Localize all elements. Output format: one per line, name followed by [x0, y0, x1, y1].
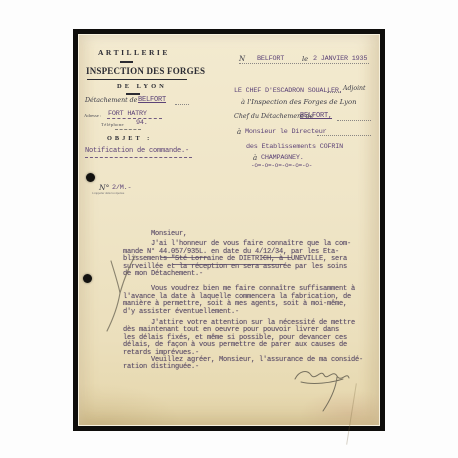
recipient-separator: -o=-o=-o=-o=-o=-o- [251, 162, 312, 169]
letterhead-title: INSPECTION DES FORGES [86, 66, 205, 76]
letterhead-subtitle: DE LYON [117, 83, 167, 90]
paragraph-2: Vous voudrez bien me faire connaître suf… [123, 286, 369, 316]
letterhead-rule-small-2 [126, 93, 140, 95]
address-underline [107, 118, 162, 119]
pencil-check-mark [105, 253, 139, 333]
dateline-le-label: le [302, 55, 308, 63]
leader-dots [317, 135, 371, 136]
recipient-line3: CHAMPAGNEY. [261, 154, 304, 162]
phone-value: 94. [136, 119, 148, 127]
document-photo-frame: ARTILLERIE INSPECTION DES FORGES DE LYON… [73, 29, 385, 431]
recipient-at-label: à [253, 154, 257, 162]
letterhead-title-underline [87, 79, 187, 80]
reference-value: 2/M.- [112, 184, 131, 192]
recipient-to-label: à [237, 128, 241, 136]
salutation: Monsieur, [151, 230, 187, 238]
leader-dots [175, 104, 189, 105]
leader-dots [337, 120, 371, 121]
reference-note: à rappeler dans la réponse [92, 192, 124, 195]
detachment-label: Détachement de [85, 97, 137, 104]
leader-dots [327, 92, 341, 93]
dateline-date: 2 JANVIER 1935 [313, 55, 367, 63]
letter-paper: ARTILLERIE INSPECTION DES FORGES DE LYON… [78, 34, 380, 426]
recipient-line1: Monsieur le Directeur [245, 128, 326, 136]
address-value: FORT HATRY [108, 110, 147, 118]
hole-punch-top [86, 173, 95, 182]
sender-line1: LE CHEF D'ESCADRON SOUALLER, [234, 87, 343, 95]
underline-mark [173, 264, 285, 265]
letterhead-rule-small-1 [120, 61, 133, 63]
hole-punch-bottom [83, 274, 92, 283]
recipient-line2: des Etablissements COFRIN [246, 143, 343, 151]
reference-prefix: N° [99, 183, 109, 192]
dateline-underline [239, 63, 369, 64]
objet-label: OBJET : [107, 135, 152, 142]
sender-line3-value: BELFORT, [300, 112, 332, 120]
sender-line1-suffix: Adjoint [343, 85, 366, 92]
underline-mark [262, 257, 292, 258]
underline-mark [161, 257, 208, 258]
signature-scrawl [289, 365, 359, 413]
detachment-value: BELFORT [138, 96, 166, 104]
dateline-n-label: N [239, 55, 245, 63]
sender-line2: à l'Inspection des Forges de Lyon [241, 98, 357, 106]
paragraph-3: J'attire votre attention sur la nécessit… [123, 320, 369, 358]
phone-label: Téléphone [101, 122, 124, 127]
address-label: Adresse : [84, 113, 101, 118]
paragraph-1: J'ai l'honneur de vous faire connaître q… [123, 241, 369, 279]
letterhead-service: ARTILLERIE [98, 48, 170, 57]
objet-value: Notification de commande.- [85, 147, 189, 155]
letterhead-divider [115, 129, 141, 130]
dateline-place: BELFORT [257, 55, 284, 63]
objet-underline [85, 157, 192, 158]
